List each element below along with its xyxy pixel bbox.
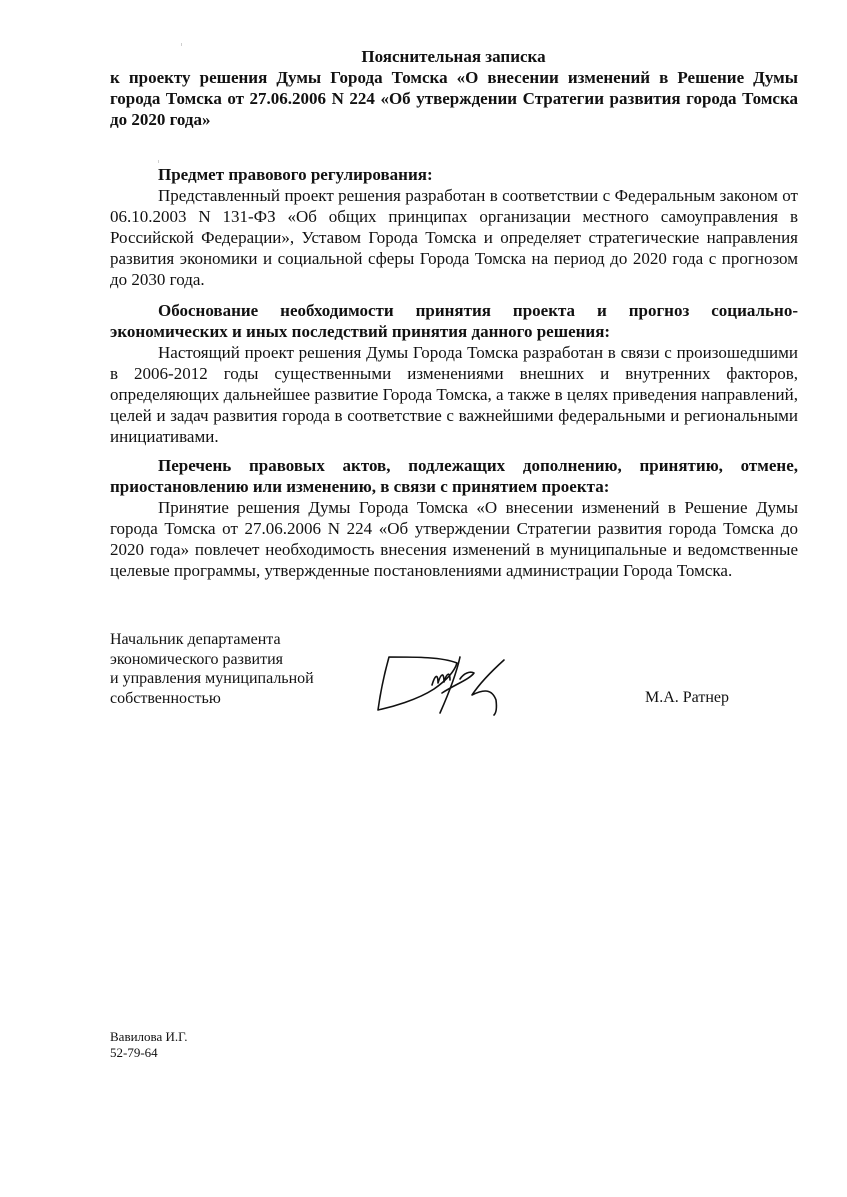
document-subtitle: к проекту решения Думы Города Томска «О … — [110, 67, 798, 130]
signer-position-line: и управления муниципальной — [110, 669, 350, 689]
document-page: Пояснительная записка к проекту решения … — [0, 0, 847, 1197]
executor-phone: 52-79-64 — [110, 1045, 187, 1061]
handwritten-signature-icon — [372, 645, 512, 725]
section-legal-acts: Перечень правовых актов, подлежащих допо… — [110, 455, 798, 581]
section-regulation-subject: Предмет правового регулирования: Предста… — [110, 164, 798, 290]
section-heading: Обоснование необходимости принятия проек… — [110, 300, 798, 342]
executor-name: Вавилова И.Г. — [110, 1029, 187, 1045]
signer-position-line: собственностью — [110, 689, 350, 709]
section-heading: Перечень правовых актов, подлежащих допо… — [110, 455, 798, 497]
signer-position-line: Начальник департамента — [110, 630, 350, 650]
scan-artifact — [158, 160, 159, 163]
section-justification: Обоснование необходимости принятия проек… — [110, 300, 798, 447]
executor-info: Вавилова И.Г. 52-79-64 — [110, 1029, 187, 1061]
section-body: Настоящий проект решения Думы Города Том… — [110, 342, 798, 447]
signer-position: Начальник департамента экономического ра… — [110, 630, 350, 708]
section-body: Представленный проект решения разработан… — [110, 185, 798, 290]
section-body: Принятие решения Думы Города Томска «О в… — [110, 497, 798, 581]
signer-position-line: экономического развития — [110, 650, 350, 670]
signer-name: М.А. Ратнер — [645, 688, 729, 707]
document-title: Пояснительная записка — [0, 46, 847, 67]
section-heading: Предмет правового регулирования: — [110, 164, 798, 185]
